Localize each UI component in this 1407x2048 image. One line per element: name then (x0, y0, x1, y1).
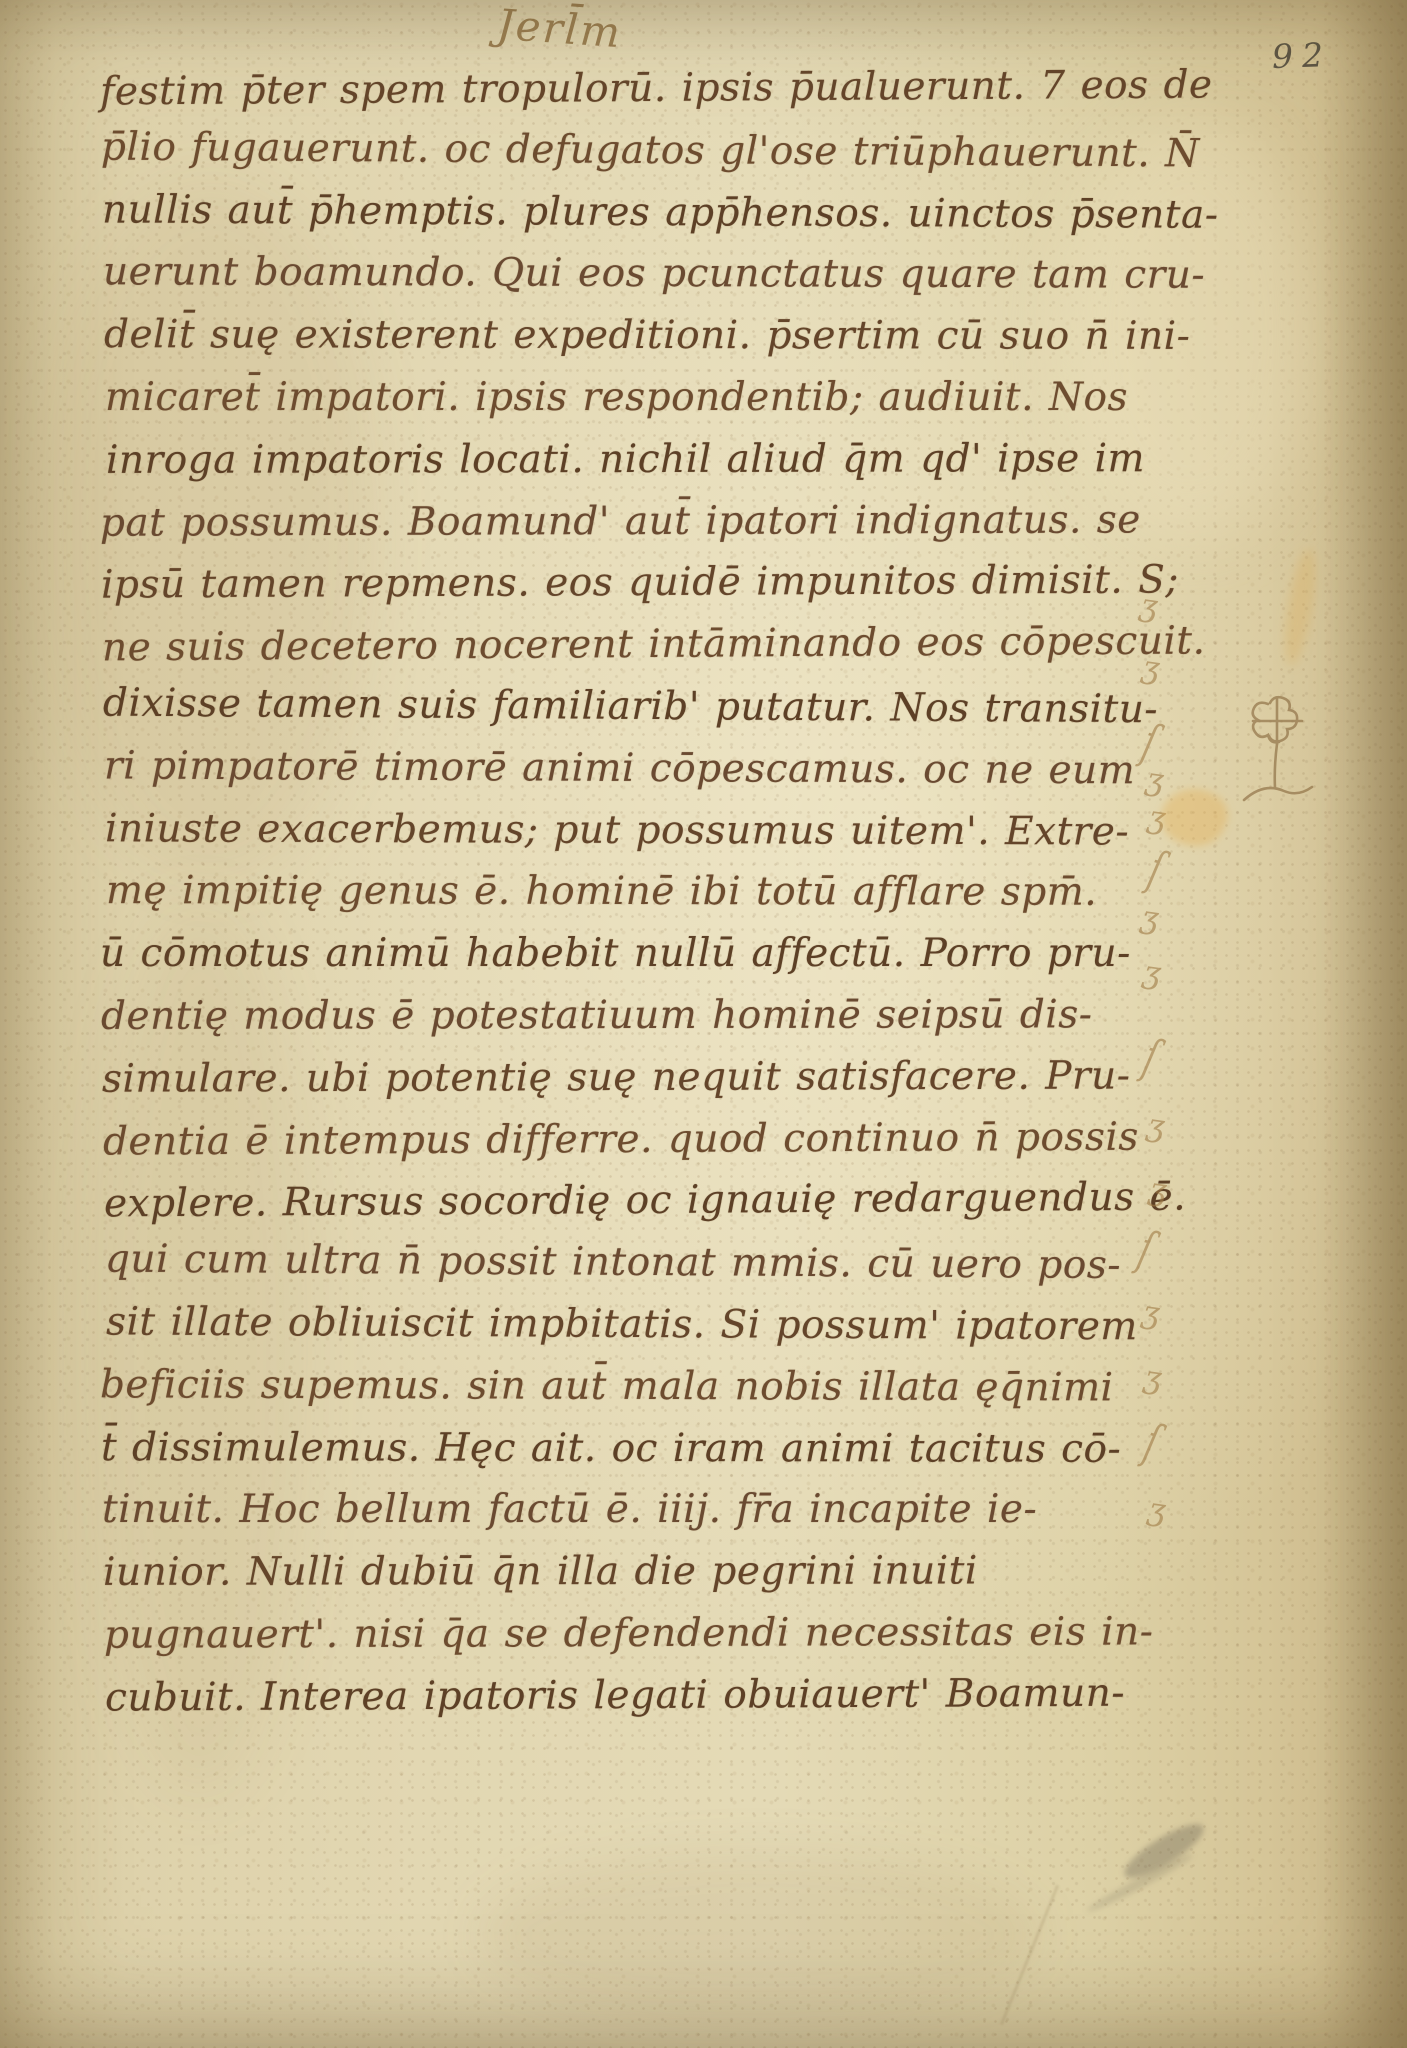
scratch-mark (1000, 1885, 1059, 2025)
manuscript-text-line: uerunt boamundo. Qui eos pcunctatus quar… (103, 242, 1188, 307)
folio-number: 92 (1271, 35, 1332, 76)
manuscript-text-line: inroga impatoris locati. nichil aliud q̄… (106, 428, 1191, 492)
manuscript-text-line: ne suis decetero nocerent intāminando e… (102, 611, 1187, 680)
yellow-stain (1279, 547, 1321, 667)
manuscript-text-line: nullis aut̄ p̄hemptis. plures app̄hensos… (102, 179, 1187, 246)
manuscript-text-line: micaret̄ impatori. ipsis respondentib; a… (105, 367, 1190, 429)
manuscript-text-line: ū cōmotus animū habebit nullū affect… (100, 923, 1185, 985)
manuscript-page: Jerl̄m 92 festim p̄ter spem tropulorū. … (0, 0, 1407, 2048)
manuscript-text-line: t̄ dissimulemus. Hęc ait. oc iram animi … (101, 1417, 1186, 1481)
running-header: Jerl̄m (495, 0, 623, 57)
manuscript-text-block: festim p̄ter spem tropulorū. ipsis p̄ua… (103, 58, 1188, 1727)
manuscript-text-line: beficiis supemus. sin aut̄ mala nobis il… (100, 1354, 1185, 1419)
manuscript-text-line: pat possumus. Boamund' aut̄ ipatori indi… (100, 489, 1185, 554)
manuscript-text-line: ri pimpatorē timorē animi cōpescamus.… (104, 735, 1189, 802)
manuscript-text-line: dixisse tamen suis familiarib' putatur. … (103, 673, 1188, 742)
manuscript-text-line: pugnauert'. nisi q̄a se defendendi neces… (104, 1601, 1189, 1666)
parchment-blotch (480, 1850, 1040, 2020)
manuscript-text-line: cubuit. Interea ipatoris legati obuiauer… (105, 1662, 1190, 1729)
quatrefoil-cross-icon (1240, 692, 1318, 814)
manuscript-text-line: iunior. Nulli dubiū q̄n illa die pegrin… (103, 1540, 1188, 1604)
manuscript-text-line: iniuste exacerbemus; put possumus uitem'… (105, 798, 1190, 863)
manuscript-text-line: simulare. ubi potentię suę nequit satisf… (102, 1045, 1187, 1110)
manuscript-text-line: mę impitię genus ē. hominē ibi totū a… (106, 861, 1191, 925)
manuscript-text-line: festim p̄ter spem tropulorū. ipsis p̄ua… (100, 55, 1185, 124)
manuscript-text-line: dentię modus ē potestatiuum hominē sei… (101, 984, 1186, 1048)
manuscript-text-line: qui cum ultra n̄ possit intonat mmis. cu… (105, 1229, 1190, 1298)
gray-smudge (1118, 1816, 1210, 1887)
manuscript-text-line: sit illate obliuiscit impbitatis. Si pos… (106, 1291, 1191, 1358)
gray-smudge (1085, 1850, 1196, 1915)
manuscript-text-line: tinuit. Hoc bellum factū ē. iiij. fr̄a… (102, 1479, 1187, 1541)
manuscript-text-line: dentia ē intempus differre. quod contin… (103, 1106, 1188, 1173)
manuscript-text-line: delit̄ suę existerent expeditioni. p̄ser… (104, 304, 1189, 368)
manuscript-text-line: p̄lio fugauerunt. oc defugatos gl'ose tr… (101, 116, 1186, 185)
manuscript-text-line: ipsū tamen repmens. eos quidē impunito… (101, 550, 1186, 617)
manuscript-text-line: explere. Rursus socordię oc ignauię reda… (104, 1167, 1189, 1236)
